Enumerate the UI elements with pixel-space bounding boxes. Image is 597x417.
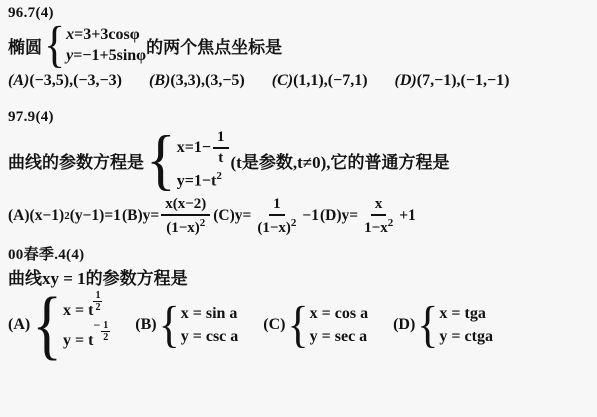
q1-option-b-text: (3,3),(3,−5) (170, 72, 244, 89)
q3-d-line-1: x = tga (439, 302, 493, 325)
question-3-header: 00春季.4(4) (8, 245, 597, 265)
question-2: 97.9(4) 曲线的参数方程是 { x=1− 1 t y=1−t2 (t是参数… (8, 107, 597, 236)
fraction-denominator: (1−x)2 (253, 216, 300, 237)
q3-option-a-label: (A) (8, 316, 30, 334)
fraction-numerator: x(x−2) (161, 196, 210, 216)
q2-line2-exponent: 2 (216, 170, 222, 182)
q1-option-c-text: (1,1),(−7,1) (293, 72, 367, 89)
q1-line2-rest: =−1+5sinφ (73, 47, 146, 64)
q1-option-b-label: (B) (149, 72, 170, 89)
exponent-denominator: 2 (93, 302, 102, 313)
q2-option-d-pre: y= (342, 207, 359, 225)
exponent-one-half: 1 2 (93, 290, 102, 313)
q2-option-d-post: +1 (399, 207, 416, 225)
q3-d-line-2: y = ctga (439, 325, 493, 348)
q1-option-a-text: (−3,5),(−3,−3) (29, 72, 122, 89)
q2-option-c-post: −1 (302, 207, 319, 225)
q1-option-b: (B)(3,3),(3,−5) (149, 72, 245, 90)
fraction-numerator: 1 (213, 129, 229, 149)
q3-option-b-system: x = sin a y = csc a (181, 302, 239, 348)
q2-option-c-label: (C) (213, 207, 235, 225)
question-3-stem: 曲线xy = 1的参数方程是 (8, 267, 597, 291)
q3-b-line-2: y = csc a (181, 325, 239, 348)
q3-option-a-system: x = t 1 2 y = t − 1 (63, 295, 110, 355)
exponent-numerator: 1 (93, 290, 102, 302)
q2-option-a: (A)(x−1)2(y−1)=1 (8, 207, 121, 225)
q2-option-b-den-base: (1−x) (166, 220, 200, 236)
q1-option-d-label: (D) (395, 72, 417, 89)
q3-option-c: (C) { x = cos a y = sec a (263, 302, 368, 348)
left-brace: { (288, 300, 309, 351)
q1-option-d-text: (7,−1),(−1,−1) (417, 72, 510, 89)
question-1: 96.7(4) 椭圆 { x=3+3cosφ y=−1+5sinφ 的两个焦点坐… (8, 3, 597, 90)
q2-option-b-den-exponent: 2 (200, 217, 206, 229)
q3-option-a: (A) { x = t 1 2 y = t (8, 294, 110, 356)
q2-stem-suffix: (t是参数,t≠0),它的普通方程是 (231, 148, 450, 173)
exponent-fraction: 1 2 (101, 320, 110, 343)
fraction-denominator: t (214, 149, 227, 167)
fraction-numerator: x (371, 196, 387, 216)
fraction-1-over-t: 1 t (213, 129, 229, 166)
q1-stem-suffix: 的两个焦点坐标是 (146, 33, 282, 58)
q2-equation-system: x=1− 1 t y=1−t2 (177, 129, 231, 191)
q1-option-a-label: (A) (8, 72, 29, 89)
left-brace: { (146, 126, 176, 194)
question-2-stem: 曲线的参数方程是 { x=1− 1 t y=1−t2 (t是参数,t≠0),它的… (8, 129, 597, 191)
q2-line1-pre: x=1− (177, 137, 211, 158)
q1-option-a: (A)(−3,5),(−3,−3) (8, 72, 122, 90)
q3-option-d-system: x = tga y = ctga (439, 302, 493, 348)
question-1-options: (A)(−3,5),(−3,−3) (B)(3,3),(3,−5) (C)(1,… (8, 72, 597, 90)
q1-option-d: (D)(7,−1),(−1,−1) (395, 72, 510, 90)
q3-option-c-label: (C) (263, 316, 285, 334)
left-brace: { (44, 20, 65, 71)
q2-option-c: (C)y= 1 (1−x)2 −1 (213, 196, 319, 236)
fraction-denominator: 1−x2 (360, 216, 397, 237)
q3-option-d: (D) { x = tga y = ctga (393, 302, 493, 348)
q3-a-line-2: y = t − 1 2 (63, 325, 110, 355)
q2-option-c-den-exponent: 2 (291, 217, 297, 229)
q2-option-d: (D)y= x 1−x2 +1 (320, 196, 416, 236)
question-3: 00春季.4(4) 曲线xy = 1的参数方程是 (A) { x = t 1 2 (8, 245, 597, 356)
q1-system-line-1: x=3+3cosφ (66, 24, 146, 45)
fraction-numerator: 1 (269, 196, 285, 216)
question-1-header: 96.7(4) (8, 3, 597, 23)
exponent-negative-one-half: − 1 2 (93, 320, 110, 343)
q2-option-d-fraction: x 1−x2 (360, 196, 397, 236)
exponent-minus-sign: − (93, 320, 100, 330)
q2-line2-base: y=1−t (177, 172, 217, 189)
document-page: 96.7(4) 椭圆 { x=3+3cosφ y=−1+5sinφ 的两个焦点坐… (0, 0, 597, 356)
q1-stem-prefix: 椭圆 (8, 33, 42, 58)
q3-a-y-base: y = t (63, 329, 93, 352)
left-brace: { (417, 300, 438, 351)
q1-line1-rest: =3+3cosφ (74, 26, 140, 43)
q1-equation-system: x=3+3cosφ y=−1+5sinφ (66, 24, 146, 66)
left-brace: { (32, 287, 62, 365)
left-brace: { (159, 300, 180, 351)
q2-option-b-label: (B) (122, 207, 143, 225)
q2-option-b-fraction: x(x−2) (1−x)2 (161, 196, 210, 236)
q2-option-b-pre: y= (143, 207, 160, 225)
question-1-stem: 椭圆 { x=3+3cosφ y=−1+5sinφ 的两个焦点坐标是 (8, 23, 597, 67)
q3-b-line-1: x = sin a (181, 302, 239, 325)
q2-option-a-part2: (y−1)=1 (70, 207, 121, 225)
q3-option-c-system: x = cos a y = sec a (310, 302, 368, 348)
q1-option-c: (C)(1,1),(−7,1) (272, 72, 368, 90)
q3-c-line-2: y = sec a (310, 325, 368, 348)
q2-option-d-den-exponent: 2 (388, 217, 394, 229)
q2-option-d-label: (D) (320, 207, 342, 225)
q3-option-d-label: (D) (393, 316, 415, 334)
q3-c-line-1: x = cos a (310, 302, 368, 325)
q1-option-c-label: (C) (272, 72, 293, 89)
q1-system-line-2: y=−1+5sinφ (66, 45, 146, 66)
q2-option-b: (B)y= x(x−2) (1−x)2 (122, 196, 212, 236)
q2-option-c-den-base: (1−x) (257, 220, 291, 236)
fraction-denominator: (1−x)2 (162, 216, 209, 237)
q2-system-line-1: x=1− 1 t (177, 129, 231, 166)
q2-system-line-2: y=1−t2 (177, 166, 231, 191)
question-2-options: (A)(x−1)2(y−1)=1 (B)y= x(x−2) (1−x)2 (C)… (8, 196, 597, 236)
exponent-fraction: 1 2 (93, 290, 102, 313)
q2-option-c-fraction: 1 (1−x)2 (253, 196, 300, 236)
q3-option-b: (B) { x = sin a y = csc a (135, 302, 238, 348)
q3-a-x-base: x = t (63, 299, 93, 322)
question-2-header: 97.9(4) (8, 107, 597, 127)
exponent-numerator: 1 (101, 320, 110, 332)
q2-option-a-part1: (x−1) (30, 207, 65, 225)
q2-option-a-label: (A) (8, 207, 30, 225)
variable-x: x (66, 26, 74, 43)
exponent-denominator: 2 (101, 332, 110, 343)
question-3-options: (A) { x = t 1 2 y = t (8, 294, 597, 356)
q2-option-c-pre: y= (235, 207, 252, 225)
q2-option-d-den-base: 1−x (364, 220, 388, 236)
q3-option-b-label: (B) (135, 316, 156, 334)
q2-stem-prefix: 曲线的参数方程是 (8, 148, 144, 173)
